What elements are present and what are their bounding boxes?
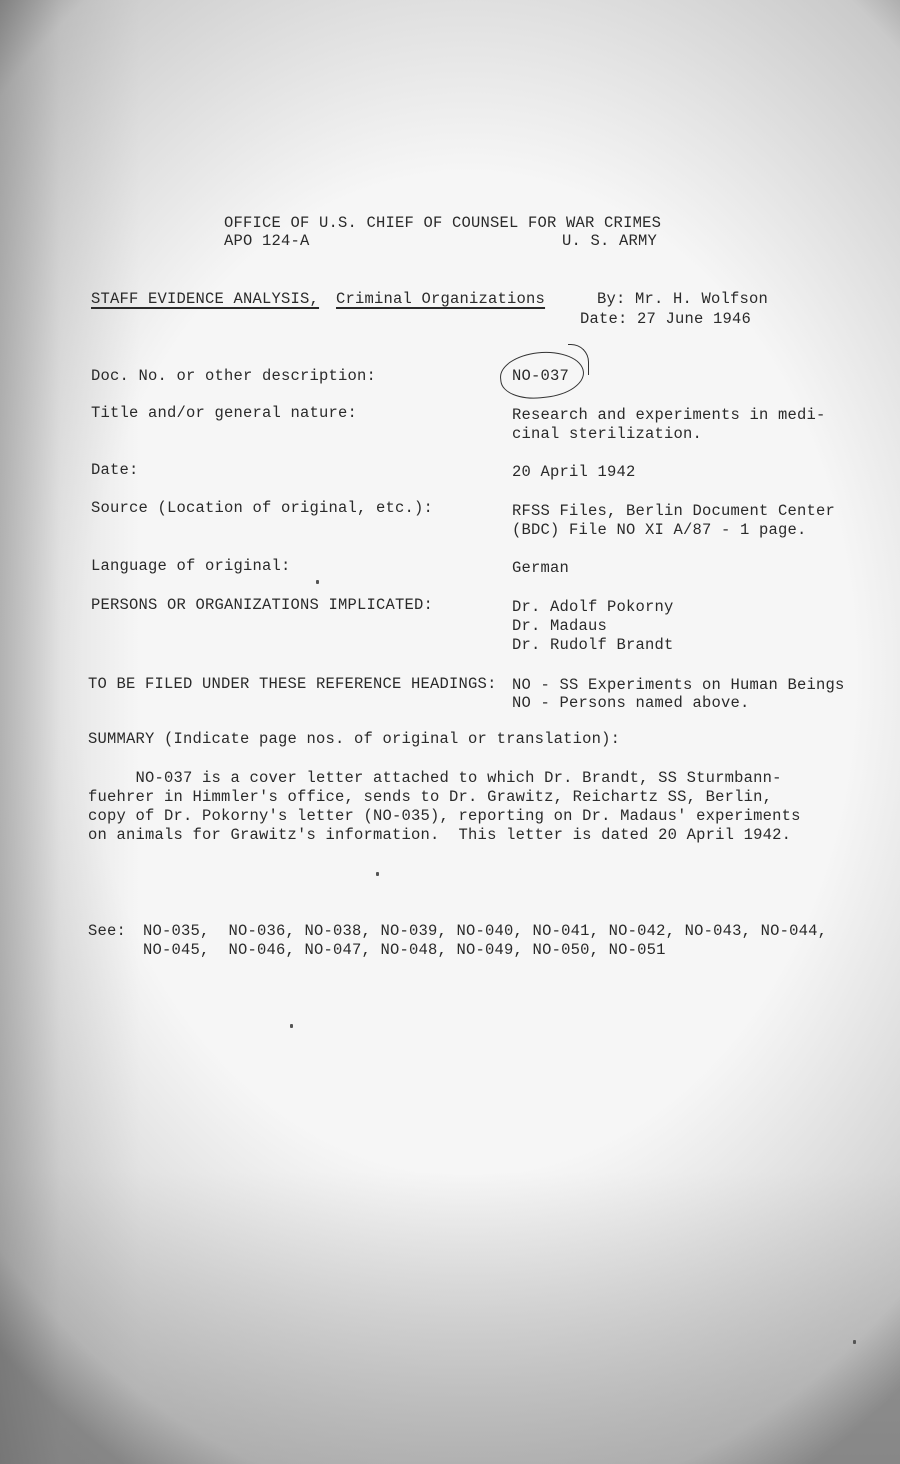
title-label: Title and/or general nature: <box>91 404 357 423</box>
apo-number: APO 124-A <box>224 232 310 251</box>
title-value-line-1: Research and experiments in medi- <box>512 406 826 425</box>
summary-label: SUMMARY (Indicate page nos. of original … <box>88 730 620 749</box>
headings-label: TO BE FILED UNDER THESE REFERENCE HEADIN… <box>88 675 497 694</box>
analyst-name: By: Mr. H. Wolfson <box>597 290 768 309</box>
analysis-date: Date: 27 June 1946 <box>580 310 751 329</box>
doc-no-value: NO-037 <box>512 367 569 386</box>
heading-2: NO - Persons named above. <box>512 694 750 713</box>
analysis-title: STAFF EVIDENCE ANALYSIS, <box>91 290 319 309</box>
summary-line-3: copy of Dr. Pokorny's letter (NO-035), r… <box>88 807 801 826</box>
person-2: Dr. Madaus <box>512 617 607 636</box>
doc-no-label: Doc. No. or other description: <box>91 367 376 386</box>
title-value-line-2: cinal sterilization. <box>512 425 702 444</box>
ink-speck <box>853 1340 856 1344</box>
analysis-category: Criminal Organizations <box>336 290 545 309</box>
source-value-line-1: RFSS Files, Berlin Document Center <box>512 502 835 521</box>
army-label: U. S. ARMY <box>562 232 657 251</box>
see-also-line-2: NO-045, NO-046, NO-047, NO-048, NO-049, … <box>143 941 666 960</box>
language-value: German <box>512 559 569 578</box>
source-value-line-2: (BDC) File NO XI A/87 - 1 page. <box>512 521 807 540</box>
person-3: Dr. Rudolf Brandt <box>512 636 674 655</box>
ink-speck <box>290 1024 293 1028</box>
person-1: Dr. Adolf Pokorny <box>512 598 674 617</box>
summary-line-4: on animals for Grawitz's information. Th… <box>88 826 791 845</box>
ink-speck <box>316 580 319 584</box>
summary-line-1: NO-037 is a cover letter attached to whi… <box>88 769 782 788</box>
summary-line-2: fuehrer in Himmler's office, sends to Dr… <box>88 788 772 807</box>
see-also-line-1: NO-035, NO-036, NO-038, NO-039, NO-040, … <box>143 922 827 941</box>
ink-speck <box>376 872 379 876</box>
office-heading: OFFICE OF U.S. CHIEF OF COUNSEL FOR WAR … <box>224 214 661 233</box>
language-label: Language of original: <box>91 557 291 576</box>
heading-1: NO - SS Experiments on Human Beings <box>512 676 845 695</box>
date-label: Date: <box>91 461 139 480</box>
source-label: Source (Location of original, etc.): <box>91 499 433 518</box>
date-value: 20 April 1942 <box>512 463 636 482</box>
persons-label: PERSONS OR ORGANIZATIONS IMPLICATED: <box>91 596 433 615</box>
see-also-label: See: <box>88 922 126 941</box>
